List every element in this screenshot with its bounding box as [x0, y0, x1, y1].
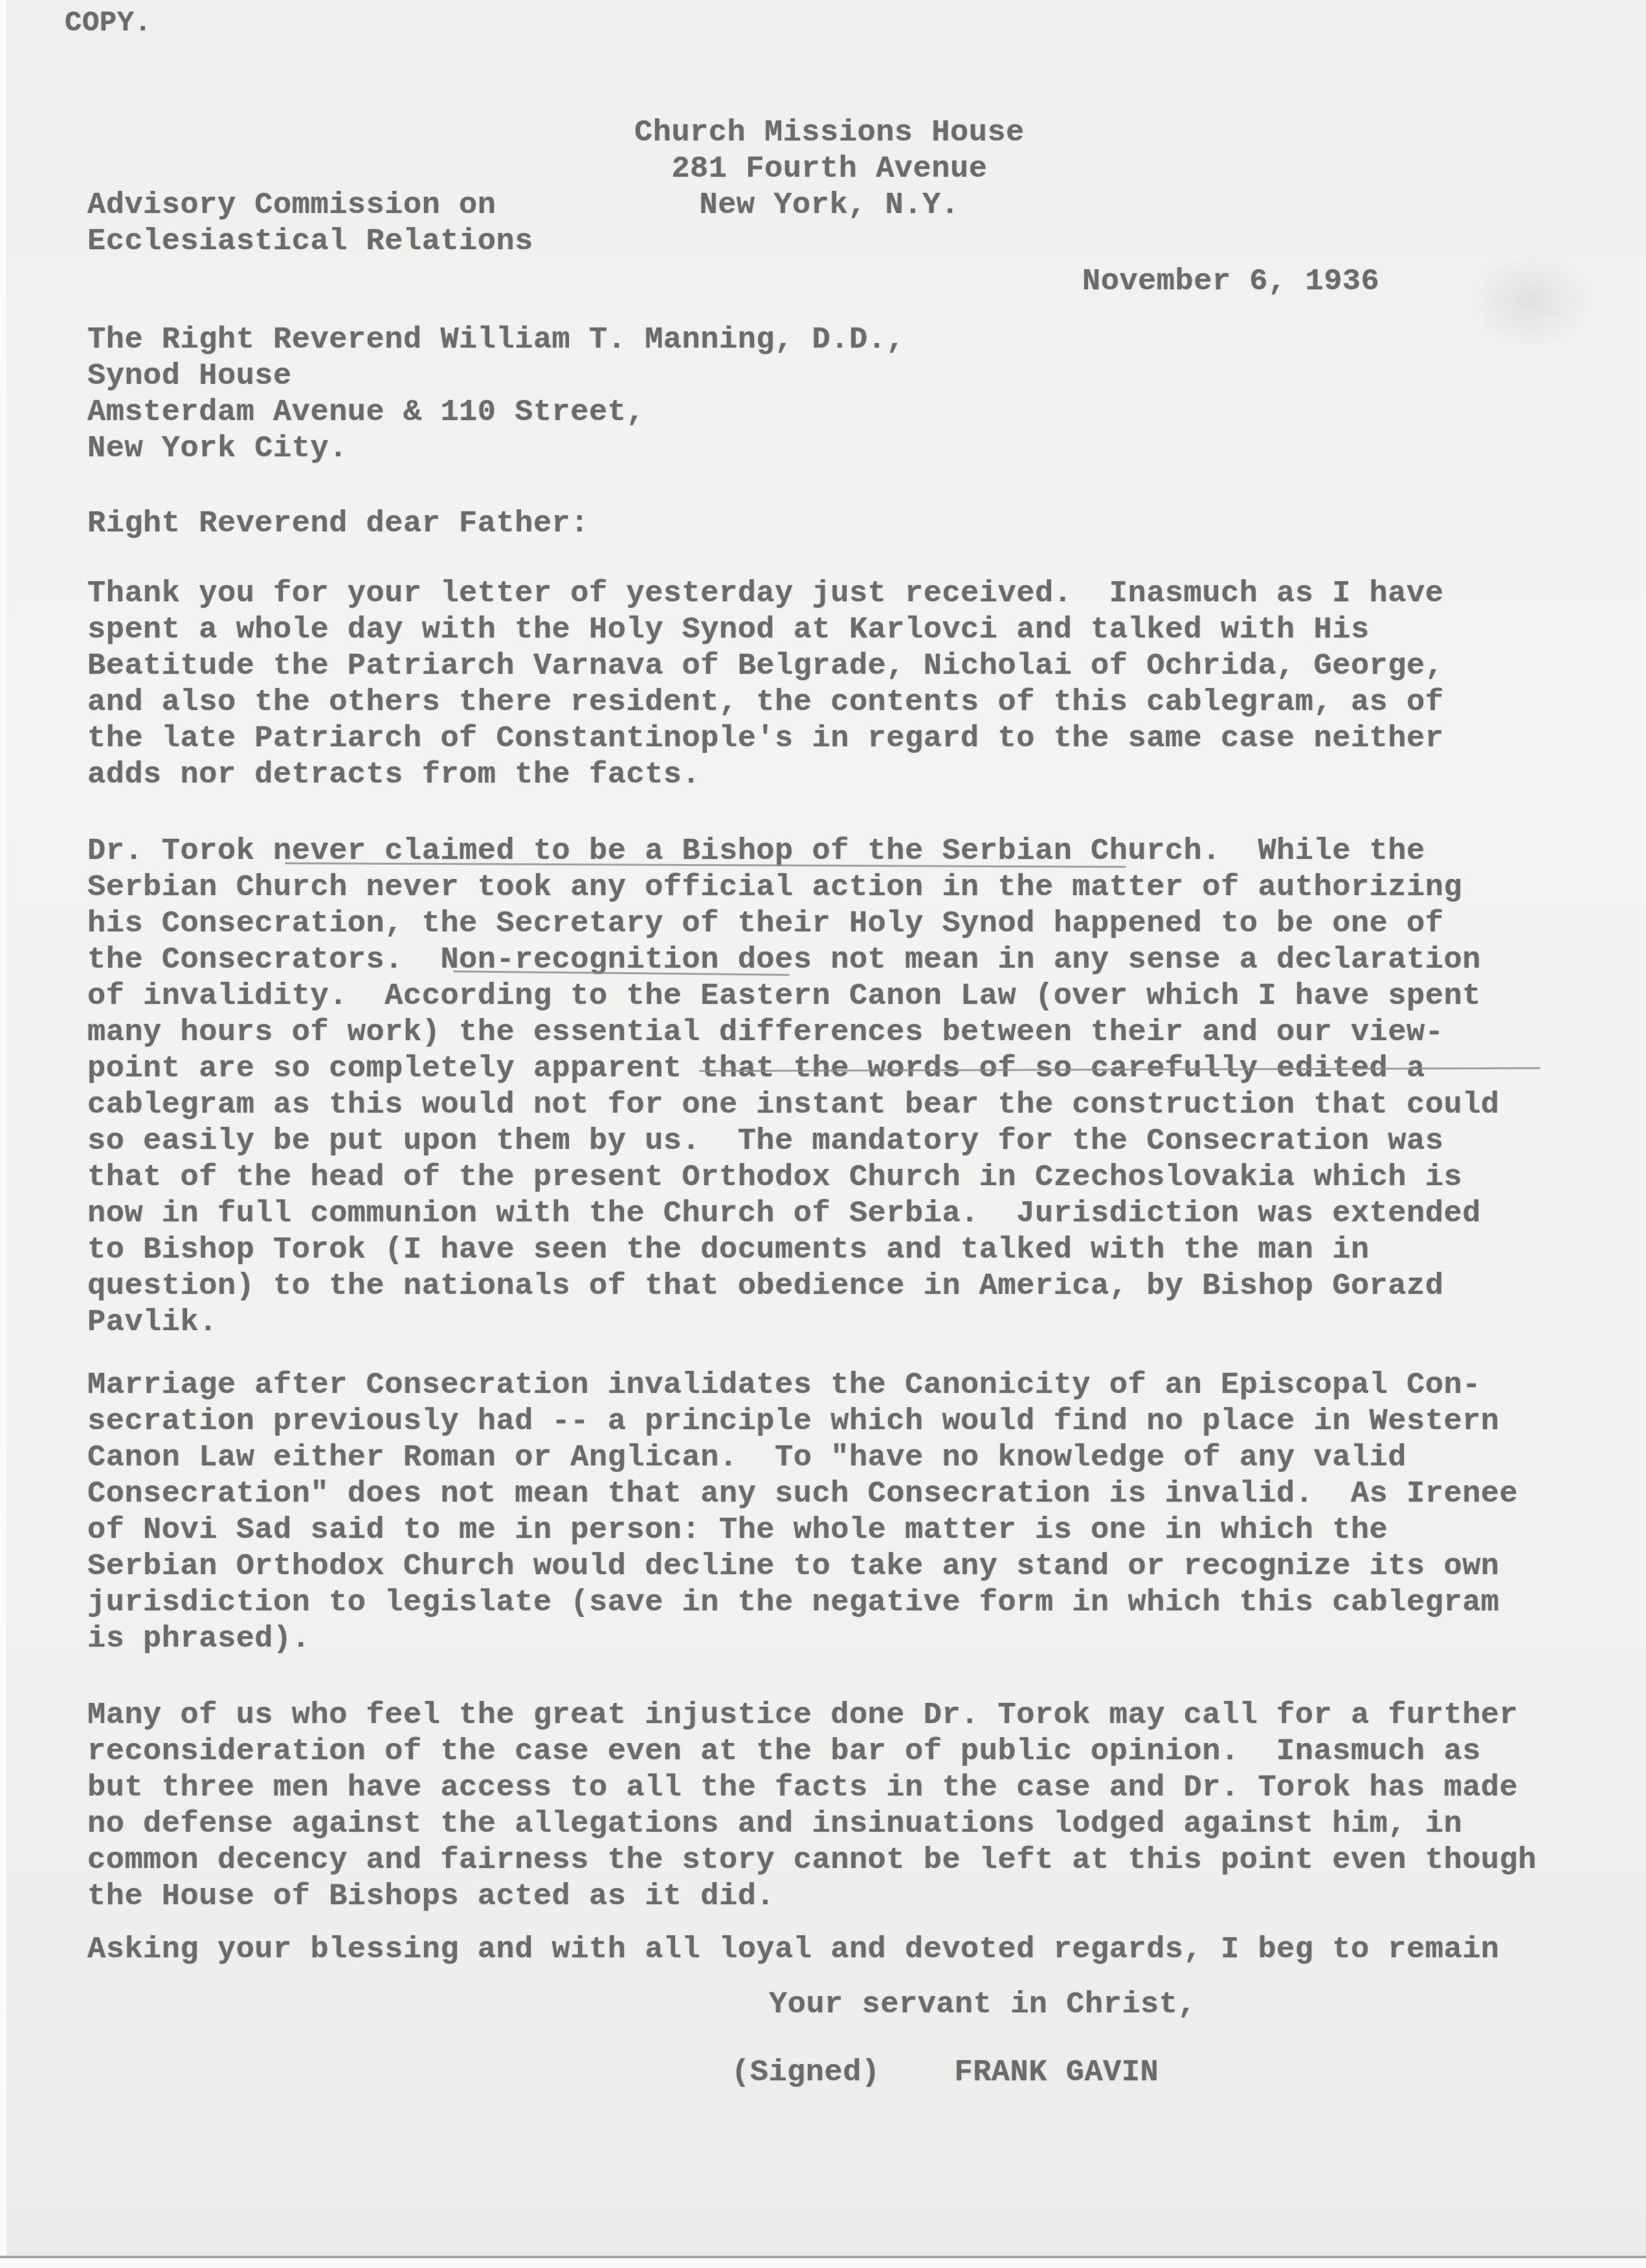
- body-paragraph: Thank you for your letter of yesterday j…: [87, 576, 1443, 794]
- body-paragraph: Many of us who feel the great injustice …: [87, 1698, 1537, 1915]
- sender-organization: Advisory Commission on Ecclesiastical Re…: [87, 188, 533, 260]
- letterhead-address: Church Missions House 281 Fourth Avenue …: [634, 115, 1025, 224]
- body-paragraph: Dr. Torok never claimed to be a Bishop o…: [87, 834, 1500, 1341]
- valediction: Your servant in Christ,: [769, 1987, 1196, 2023]
- letter-date: November 6, 1936: [1082, 264, 1379, 300]
- letter-page: COPY. Church Missions House 281 Fourth A…: [0, 0, 1646, 2268]
- copy-mark: COPY.: [65, 5, 152, 41]
- closing-line: Asking your blessing and with all loyal …: [87, 1932, 1500, 1968]
- body-paragraph: Marriage after Consecration invalidates …: [87, 1368, 1518, 1658]
- paper-bottom-edge: [0, 2256, 1646, 2268]
- signature: (Signed) FRANK GAVIN: [731, 2055, 1159, 2091]
- paper-edge: [0, 0, 6, 2268]
- recipient-address: The Right Reverend William T. Manning, D…: [87, 322, 905, 467]
- paper-stain: [1469, 252, 1592, 350]
- salutation: Right Reverend dear Father:: [87, 506, 589, 542]
